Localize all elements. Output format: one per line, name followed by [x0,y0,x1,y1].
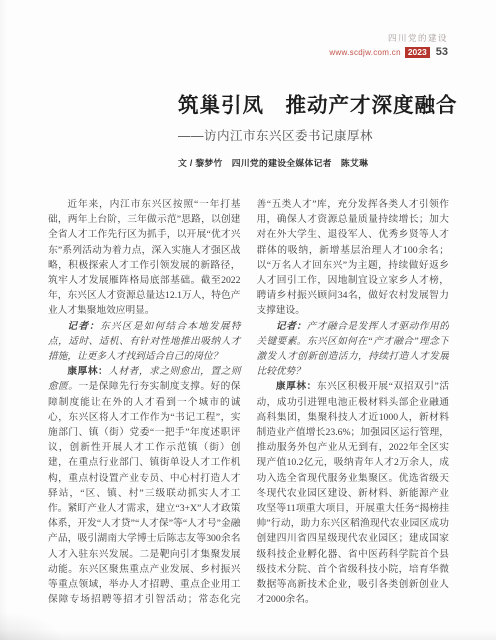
header-meta-row: www.scdjw.com.cn 2023 53 [329,46,448,58]
paragraph: 记者：东兴区是如何结合本地发展特点，适时、适机、有针对性地推出吸纳人才措施，让更… [48,319,241,365]
paragraph: 记者：产才融合是发挥人才驱动作用的关键要素。东兴区如何在“产才融合”理念下激发人… [257,319,450,380]
year-badge: 2023 [405,47,430,58]
article-byline: 文 / 黎梦竹 四川党的建设全媒体记者 陈艾琳 [178,156,458,169]
page-number: 53 [436,46,448,58]
text-segment: 康厚林： [67,366,108,377]
magazine-page: 四川党的建设 www.scdjw.com.cn 2023 53 筑巢引凤 推动产… [0,0,496,640]
article-title: 筑巢引凤 推动产才深度融合 [178,88,458,118]
paragraph: 康厚林：东兴区积极开展“双招双引”活动，成功引进锂电池正极材料头部企业融通高科集… [257,379,450,607]
paragraph: 近年来，内江市东兴区按照“一年打基础，两年上台阶，三年做示范”思路，以创建全省人… [48,197,241,319]
page-header: 四川党的建设 www.scdjw.com.cn 2023 53 [329,32,448,58]
text-segment: 康厚林： [276,381,317,392]
magazine-website: www.scdjw.com.cn [329,48,400,57]
article-subtitle: ——访内江市东兴区委书记康厚林 [178,126,458,144]
text-segment: 记者： [67,321,100,332]
article-body: 近年来，内江市东兴区按照“一年打基础，两年上台阶，三年做示范”思路，以创建全省人… [48,197,449,611]
text-segment: 近年来，内江市东兴区按照“一年打基础，两年上台阶，三年做示范”思路，以创建全省人… [48,199,241,316]
magazine-name: 四川党的建设 [329,32,448,44]
text-segment: 记者： [276,321,307,332]
text-segment: 东兴区积极开展“双招双引”活动，成功引进锂电池正极材料头部企业融通高科集团，集聚… [257,381,450,605]
article-header: 筑巢引凤 推动产才深度融合 ——访内江市东兴区委书记康厚林 文 / 黎梦竹 四川… [178,88,458,169]
